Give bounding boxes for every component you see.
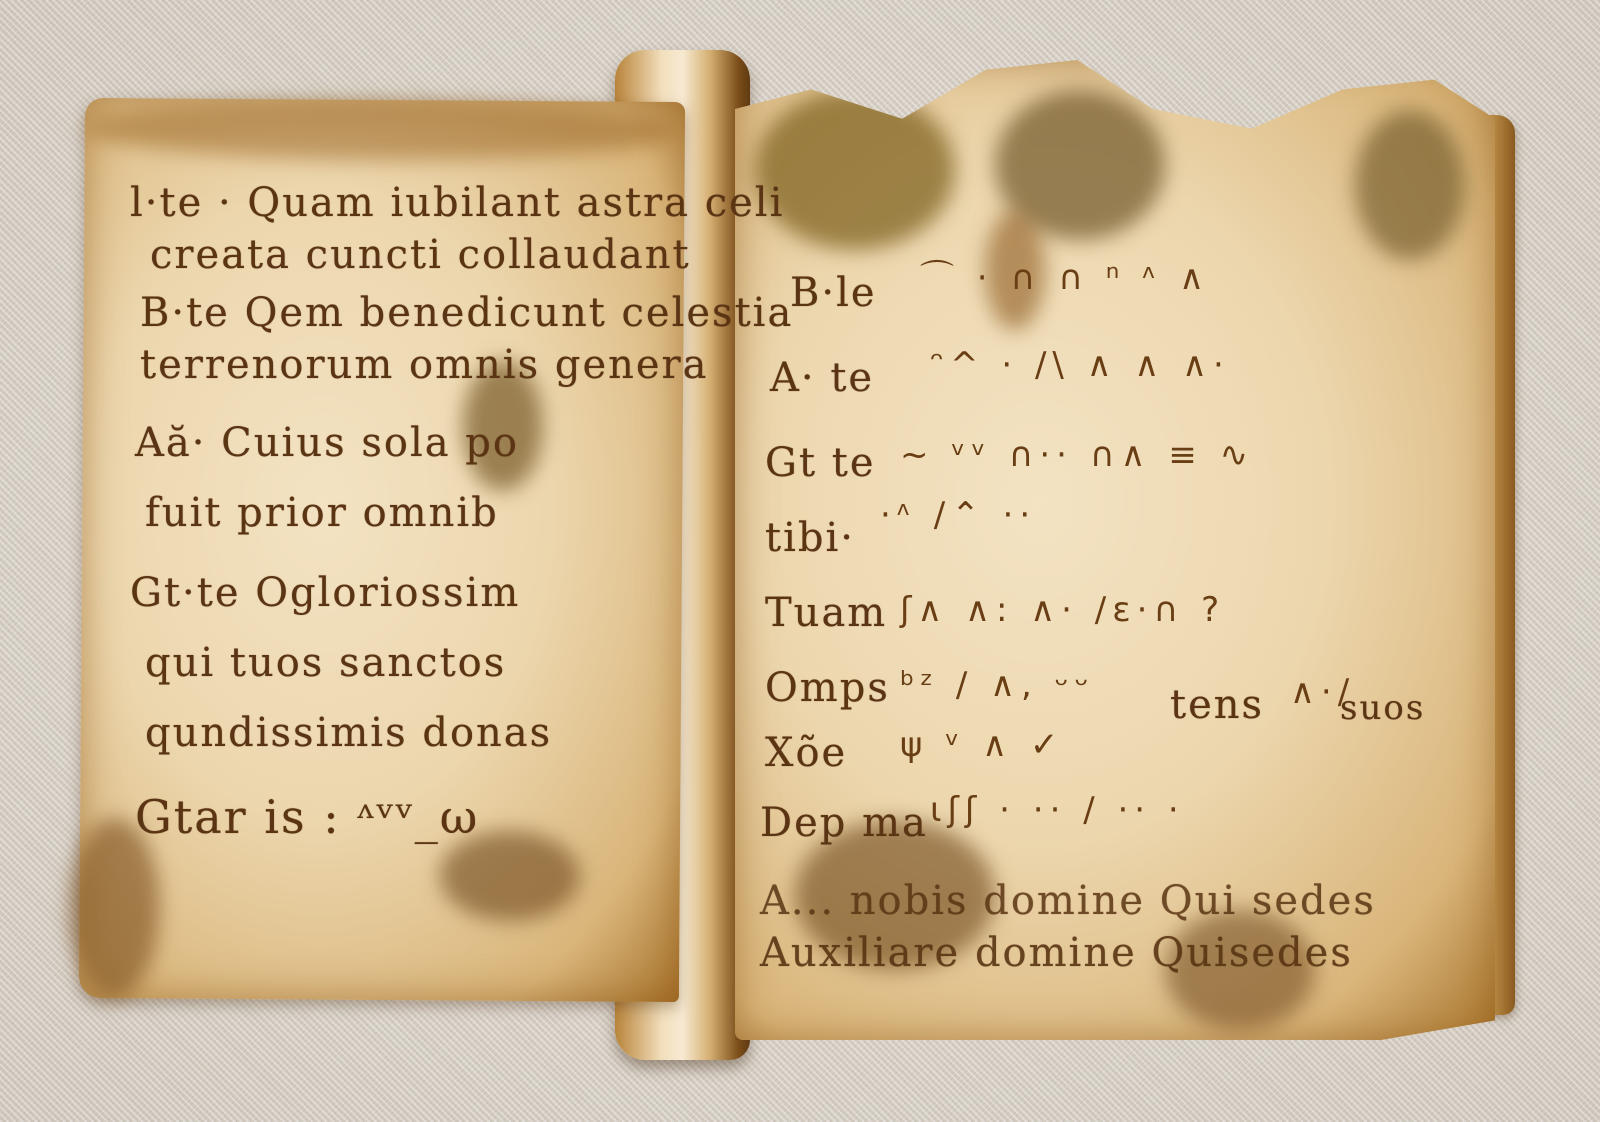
neume-line-1: ⌒ · ∩ ∩ ⁿ ᶺ ∧	[920, 250, 1210, 299]
right-line-1: B·le	[790, 270, 877, 316]
left-line-5: Aă· Cuius sola po	[135, 420, 519, 466]
stain	[755, 90, 955, 250]
right-line-7: Xõe	[765, 730, 847, 776]
stain	[85, 98, 675, 162]
right-line-9: A... nobis domine Qui sedes	[760, 878, 1376, 924]
left-line-9: qundissimis donas	[145, 710, 552, 756]
right-line-4: tibi·	[765, 515, 855, 561]
left-line-3: B·te Qem benedicunt celestia	[140, 290, 793, 336]
neume-line-7: ψ ᵛ ∧ ✓	[900, 725, 1064, 765]
right-line-6: Omps	[765, 665, 890, 711]
right-line-8: Dep ma	[760, 800, 928, 846]
neume-line-8: ɩʃʃ · ·· ∕ ·· ·	[930, 790, 1185, 830]
stain	[69, 818, 160, 999]
right-line-6b: tens	[1170, 682, 1264, 728]
left-line-1: l·te · Quam iubilant astra celi	[130, 180, 784, 226]
right-line-6c: suos	[1340, 688, 1425, 728]
left-line-7: Gt·te Ogloriossim	[130, 570, 520, 616]
photo-scene: l·te · Quam iubilant astra celi creata c…	[0, 0, 1600, 1122]
left-line-8: qui tuos sanctos	[145, 640, 506, 686]
right-line-3: Gt te	[765, 440, 876, 486]
stain	[1355, 110, 1465, 260]
left-line-4: terrenorum omnis genera	[140, 342, 709, 388]
stain	[439, 830, 580, 921]
right-line-5: Tuam	[765, 590, 887, 636]
left-line-2: creata cuncti collaudant	[150, 232, 691, 278]
right-line-2: A· te	[770, 355, 874, 401]
neume-line-4: ·ᶺ ∕⌃ ··	[880, 495, 1036, 535]
right-line-10: Auxiliare domine Quisedes	[760, 930, 1353, 976]
neume-line-6: ᵇᶻ ∕ ∧, ᵕᵕ	[900, 665, 1095, 705]
neume-line-5: ʃ∧ ∧: ∧· ∕ɛ·∩ ?	[900, 590, 1225, 630]
neume-line-2: ᵔ^ · ∕\ ∧ ∧ ∧·	[930, 345, 1230, 385]
left-line-6: fuit prior omnib	[145, 490, 499, 536]
left-line-10: Gtar is : ᶺᵛᵛ_ω	[135, 790, 479, 844]
neume-line-3: ~ ᵛᵛ ∩·· ∩∧ ≡ ∿	[900, 435, 1254, 475]
